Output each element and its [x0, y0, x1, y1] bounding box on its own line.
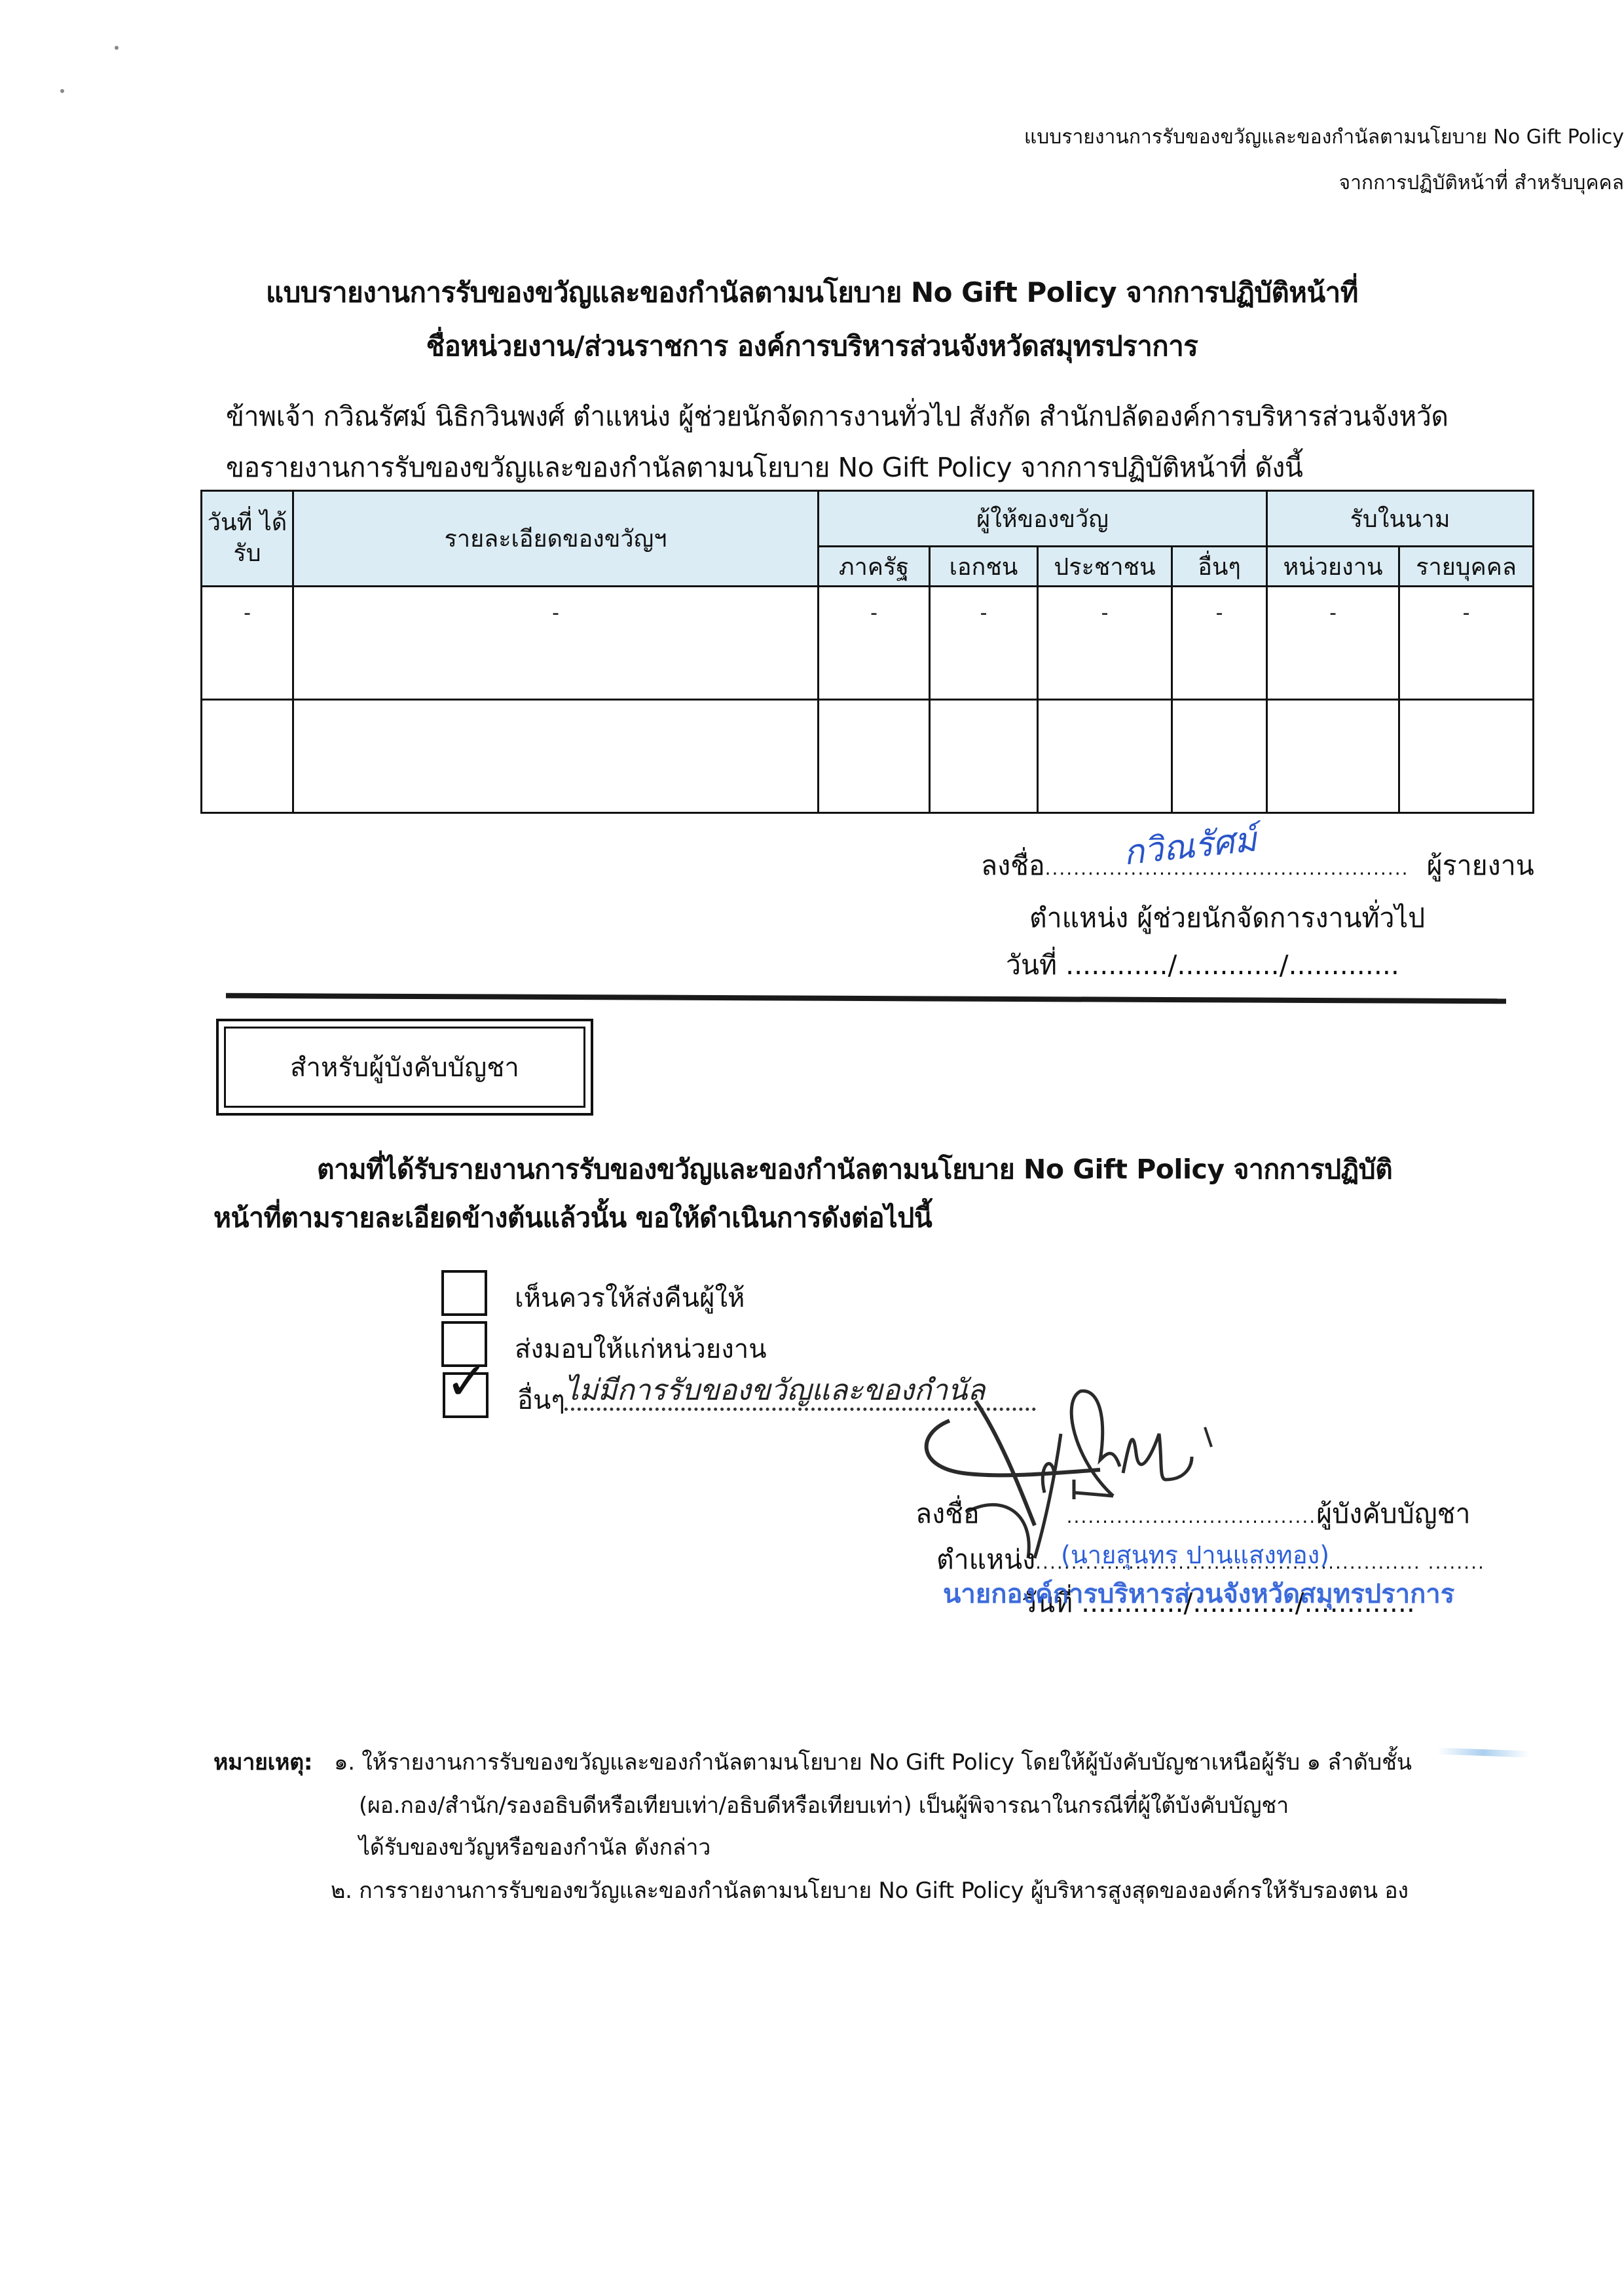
- commander-title-stamp: นายกองค์การบริหารส่วนจังหวัดสมุทรปราการ: [943, 1573, 1454, 1614]
- table-cell: -: [1172, 587, 1267, 700]
- option-return-label: เห็นควรให้ส่งคืนผู้ให้: [515, 1277, 745, 1319]
- scan-speck: [60, 89, 64, 93]
- commander-position-label: ตำแหน่ง: [936, 1544, 1035, 1575]
- commander-sign-dots: ...................................: [1067, 1506, 1317, 1527]
- table-cell: [1038, 700, 1172, 813]
- table-row: - - - - - - - -: [202, 587, 1534, 700]
- corner-header-line2: จากการปฏิบัติหน้าที่ สำหรับบุคคล: [1338, 168, 1624, 198]
- note-1-line-1: ๑. ให้รายงานการรับของขวัญและของกำนัลตามน…: [334, 1744, 1412, 1779]
- table-cell: [819, 700, 930, 813]
- table-cell: [1172, 700, 1267, 813]
- table-row: [202, 700, 1534, 813]
- option-other-label: อื่นๆ: [517, 1379, 565, 1421]
- table-cell: -: [930, 587, 1038, 700]
- col-group-receiver: รับในนาม: [1267, 491, 1534, 547]
- table-cell: [202, 700, 293, 813]
- commander-role: ผู้บังคับบัญชา: [1316, 1498, 1470, 1529]
- table-cell: [1399, 700, 1534, 813]
- col-header-private: เอกชน: [930, 547, 1038, 587]
- col-header-individual: รายบุคคล: [1399, 547, 1534, 587]
- note-1-line-3: ได้รับของขวัญหรือของกำนัล ดังกล่าว: [359, 1829, 710, 1865]
- table-cell: [293, 700, 819, 813]
- commander-para-line-2: หน้าที่ตามรายละเอียดข้างต้นแล้วนั้น ขอให…: [213, 1197, 932, 1239]
- col-header-agency: หน่วยงาน: [1267, 547, 1399, 587]
- commander-section-label: สำหรับผู้บังคับบัญชา: [224, 1027, 585, 1108]
- table-cell: -: [202, 587, 293, 700]
- col-header-details: รายละเอียดของขวัญฯ: [293, 491, 819, 587]
- commander-name-stamp: (นายสุนทร ปานแสงทอง): [1061, 1535, 1329, 1575]
- table-cell: -: [1038, 587, 1172, 700]
- corner-header-line1: แบบรายงานการรับของขวัญและของกำนัลตามนโยบ…: [1024, 122, 1624, 153]
- col-header-government: ภาครัฐ: [819, 547, 930, 587]
- table-cell: [930, 700, 1038, 813]
- col-group-giver: ผู้ให้ของขวัญ: [819, 491, 1267, 547]
- reporter-sign-label: ลงชื่อ: [981, 850, 1045, 881]
- table-cell: [1267, 700, 1399, 813]
- gift-report-table: วันที่ ได้รับ รายละเอียดของขวัญฯ ผู้ให้ข…: [200, 490, 1534, 814]
- commander-sign-label: ลงชื่อ: [915, 1498, 980, 1529]
- commander-para-line-1: ตามที่ได้รับรายงานการรับของขวัญและของกำน…: [317, 1148, 1392, 1191]
- document-title: แบบรายงานการรับของขวัญและของกำนัลตามนโยบ…: [0, 271, 1624, 314]
- option-hand-over-label: ส่งมอบให้แก่หน่วยงาน: [515, 1328, 767, 1370]
- col-header-public: ประชาชน: [1038, 547, 1172, 587]
- intro-line-1: ข้าพเจ้า กวิณรัศม์ นิธิกวินพงศ์ ตำแหน่ง …: [226, 395, 1448, 438]
- col-header-other: อื่นๆ: [1172, 547, 1267, 587]
- scan-speck: [115, 46, 119, 50]
- agency-name: ชื่อหน่วยงาน/ส่วนราชการ องค์การบริหารส่ว…: [0, 325, 1624, 368]
- intro-line-2: ขอรายงานการรับของขวัญและของกำนัลตามนโยบา…: [226, 446, 1302, 489]
- commander-section-box: สำหรับผู้บังคับบัญชา: [216, 1019, 593, 1116]
- reporter-role: ผู้รายงาน: [1427, 850, 1534, 881]
- scan-mark: [1437, 1748, 1529, 1758]
- table-cell: -: [1399, 587, 1534, 700]
- notes-label: หมายเหตุ:: [213, 1744, 312, 1779]
- checkmark-icon: ✓: [445, 1357, 488, 1408]
- reporter-position: ตำแหน่ง ผู้ช่วยนักจัดการงานทั่วไป: [1029, 897, 1425, 939]
- reporter-date: วันที่ ............/............/.......…: [1006, 944, 1399, 987]
- note-2-line-1: ๒. การรายงานการรับของขวัญและของกำนัลตามน…: [331, 1872, 1409, 1908]
- table-cell: -: [1267, 587, 1399, 700]
- col-header-date: วันที่ ได้รับ: [202, 491, 293, 587]
- option-return-checkbox[interactable]: [441, 1270, 487, 1316]
- note-1-line-2: (ผอ.กอง/สำนัก/รองอธิบดีหรือเทียบเท่า/อธิ…: [359, 1787, 1289, 1823]
- table-cell: -: [293, 587, 819, 700]
- section-divider: [226, 993, 1506, 1004]
- commander-signature-line: ลงชื่อ .................................…: [915, 1493, 1471, 1535]
- table-cell: -: [819, 587, 930, 700]
